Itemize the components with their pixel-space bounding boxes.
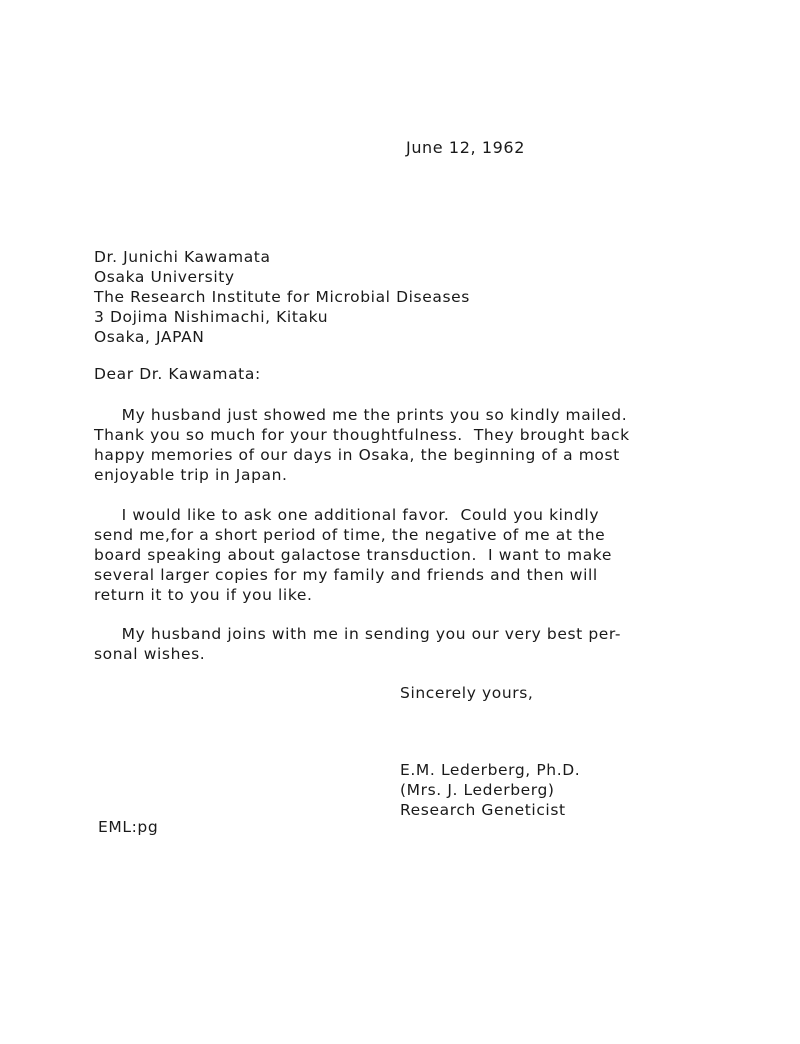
recipient-line: Osaka, JAPAN [94,327,205,347]
body-line: several larger copies for my family and … [94,565,598,585]
recipient-line: Dr. Junichi Kawamata [94,247,271,267]
body-line: enjoyable trip in Japan. [94,465,288,485]
body-line: return it to you if you like. [94,585,313,605]
signature-line: (Mrs. J. Lederberg) [400,780,555,800]
salutation: Dear Dr. Kawamata: [94,364,261,384]
body-line: board speaking about galactose transduct… [94,545,612,565]
body-line: happy memories of our days in Osaka, the… [94,445,620,465]
body-line: My husband just showed me the prints you… [94,405,627,425]
body-line: I would like to ask one additional favor… [94,505,599,525]
recipient-line: 3 Dojima Nishimachi, Kitaku [94,307,328,327]
body-line: My husband joins with me in sending you … [94,624,621,644]
letter-date: June 12, 1962 [406,138,525,158]
recipient-line: Osaka University [94,267,235,287]
body-line: sonal wishes. [94,644,205,664]
reference-initials: EML:pg [98,817,158,837]
signature-line: E.M. Lederberg, Ph.D. [400,760,580,780]
signature-line: Research Geneticist [400,800,566,820]
closing: Sincerely yours, [400,683,533,703]
body-line: send me,for a short period of time, the … [94,525,605,545]
body-line: Thank you so much for your thoughtfulnes… [94,425,630,445]
recipient-line: The Research Institute for Microbial Dis… [94,287,470,307]
